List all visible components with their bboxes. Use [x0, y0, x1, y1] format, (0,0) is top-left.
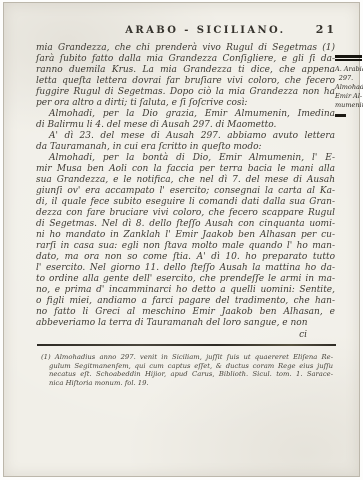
body-line: Almohadi, per la bontà di Dio, Emir Almu… [36, 153, 335, 164]
footnote-line: nica Hiſtoria monum. fol. 19. [49, 379, 333, 388]
body-line: sua Grandezza, e le notifica, che nel dì… [36, 175, 335, 186]
page-number: 21 [316, 23, 337, 36]
margin-note-line: 297. [335, 74, 363, 83]
body-line: o figli miei, andiamo a farci pagare del… [36, 296, 335, 307]
body-line: dezza con fare bruciare vivi coloro, che… [36, 208, 335, 219]
margin-note-lines: A. Arabia297.AlmohadiEmir Al-mumenin. [335, 65, 363, 110]
body-line: dato, ma ora non so come ſtia. A' dì 10.… [36, 252, 335, 263]
body-line: mir Musa ben Aoli con la faccia per terr… [36, 164, 335, 175]
scanned-book-page: ARABO - SICILIANO. 21 mia Grandezza, che… [0, 0, 363, 480]
body-line: da Tauramanah, in cui era ſcritto in que… [36, 142, 335, 153]
body-line: ni ho mandato in Zanklah l' Emir Jaakob … [36, 230, 335, 241]
footnote-line: gulum Segitmanenſem, qui cum captus eſſe… [49, 362, 333, 371]
page-paper: ARABO - SICILIANO. 21 mia Grandezza, che… [3, 2, 360, 477]
body-line: abbeveriamo la terra di Tauramanah del l… [36, 318, 335, 329]
body-line: no fatto li Greci al meschino Emir Jaako… [36, 307, 335, 318]
margin-rule-icon [335, 55, 362, 58]
body-line: to ordine alla gente dell' esercito, che… [36, 274, 335, 285]
footnote-line: necatus eſt. Schoabeddin Hijior, apud Ca… [49, 370, 333, 379]
body-line: di Segetmas. Nel dì 8. dello ſteſſo Ausa… [36, 219, 335, 230]
running-title: ARABO - SICILIANO. [95, 25, 316, 36]
body-line: di Balirmu li 4. del mese di Ausah 297. … [36, 120, 335, 131]
body-line: A' dì 23. del mese di Ausah 297. abbiamo… [36, 131, 335, 142]
body-text: mia Grandezza, che chi prenderà vivo Rug… [36, 43, 335, 341]
footnote: (1) Almohadius anno 297. venit in Sicili… [41, 353, 333, 387]
catchword: ci [36, 330, 335, 341]
body-line: Almohadi, per la Dio grazia, Emir Almume… [36, 109, 335, 120]
body-line: no, e prima d' incamminarci ho detto a q… [36, 285, 335, 296]
body-line: mia Grandezza, che chi prenderà vivo Rug… [36, 43, 335, 54]
margin-note-line: A. Arabia [335, 65, 363, 74]
body-line: ranno duemila Krus. La mia Grandezza ti … [36, 65, 335, 76]
margin-note-line: Emir Al- [335, 92, 363, 101]
margin-note-line: Almohadi [335, 83, 363, 92]
body-line: giunſi ov' era accampato l' esercito; co… [36, 186, 335, 197]
body-line: l' esercito. Nel giorno 11. dello ſteſſo… [36, 263, 335, 274]
margin-note-line: mumenin. [335, 101, 363, 110]
body-line: ſarà ſubito fatto dalla mia Grandezza Co… [36, 54, 335, 65]
body-line: per ora altro a dirti; ti ſaluta, e ſi ſ… [36, 98, 335, 109]
footnote-line: (1) Almohadius anno 297. venit in Sicili… [41, 353, 333, 362]
body-line: di, il quale fece subito eseguire li com… [36, 197, 335, 208]
margin-rule-end-icon [335, 114, 346, 117]
body-line: fuggire Rugul di Segetmas. Dopo ciò la m… [36, 87, 335, 98]
page-header: ARABO - SICILIANO. 21 [37, 23, 337, 36]
footnote-rule [37, 344, 336, 346]
margin-rule-icon [335, 59, 362, 61]
body-line: letta queſta lettera dovrai far bruſiare… [36, 76, 335, 87]
margin-note: A. Arabia297.AlmohadiEmir Al-mumenin. [335, 55, 363, 117]
body-line: rarſi in casa sua: egli non ſtava molto … [36, 241, 335, 252]
